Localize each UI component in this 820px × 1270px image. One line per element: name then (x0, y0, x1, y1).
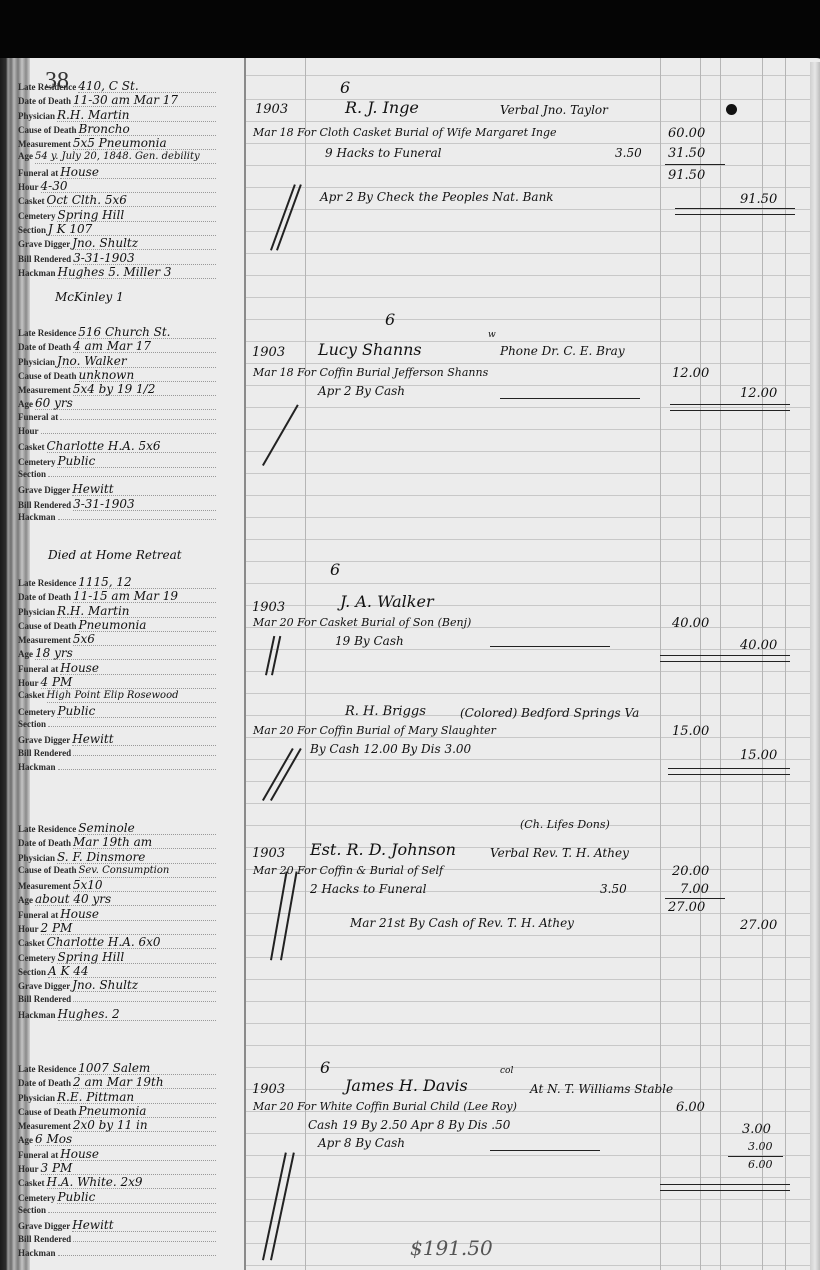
ledger-line: Mar 20 For Coffin & Burial of Self (253, 864, 443, 877)
field-funeral-at: Funeral atHouse (18, 1148, 216, 1162)
field-funeral-at: Funeral atHouse (18, 908, 216, 922)
field-casket: CasketOct Clth. 5x6 (18, 194, 216, 208)
ledger-superscript: w (488, 330, 496, 340)
field-bill-rendered: Bill Rendered (18, 994, 216, 1008)
entry-mark: 6 (340, 78, 350, 97)
field-bill-rendered: Bill Rendered (18, 1234, 216, 1248)
field-physician: PhysicianS. F. Dinsmore (18, 851, 216, 865)
ledger-account-note: Phone Dr. C. E. Bray (500, 344, 625, 358)
field-measurement: Measurement5x6 (18, 633, 216, 647)
field-hackman: Hackman (18, 762, 216, 776)
field-funeral-at: Funeral atHouse (18, 166, 216, 180)
field-section: SectionA K 44 (18, 965, 216, 979)
ledger-line: Cash 19 By 2.50 Apr 8 By Dis .50 (308, 1118, 510, 1132)
field-date-of-death: Date of Death11-30 am Mar 17 (18, 94, 216, 108)
field-hackman: Hackman (18, 1248, 216, 1262)
field-physician: PhysicianR.H. Martin (18, 605, 216, 619)
death-record-1: Late Residence410, C St. Date of Death11… (18, 80, 216, 280)
rate-amount: 3.50 (600, 882, 627, 896)
credit-cents-rule (762, 58, 763, 1270)
field-hackman: Hackman (18, 512, 216, 526)
ledger-account-note: (Colored) Bedford Springs Va (460, 706, 639, 720)
debit-amount: 12.00 (672, 366, 709, 381)
credit-amount: 15.00 (740, 748, 777, 763)
field-cause-of-death: Cause of DeathBroncho (18, 123, 216, 137)
debit-amount: 7.00 (680, 882, 709, 897)
field-hour: Hour4 PM (18, 676, 216, 690)
entry-mark: 6 (320, 1058, 330, 1077)
sum-rule (665, 898, 725, 899)
field-age: Age18 yrs (18, 647, 216, 661)
field-section: Section (18, 1205, 216, 1219)
ledger-line: 9 Hacks to Funeral (325, 146, 442, 160)
ledger-account-name: R. J. Inge (345, 98, 419, 117)
field-cemetery: CemeteryPublic (18, 705, 216, 719)
ledger-account-name: James H. Davis (345, 1076, 468, 1095)
field-date-of-death: Date of Death4 am Mar 17 (18, 340, 216, 354)
field-physician: PhysicianR.H. Martin (18, 109, 216, 123)
date-column-rule (305, 58, 306, 1270)
field-late-residence: Late Residence516 Church St. (18, 326, 216, 340)
field-cemetery: CemeteryPublic (18, 1191, 216, 1205)
rate-amount: 3.50 (615, 146, 642, 160)
debit-amount: 15.00 (672, 724, 709, 739)
ledger-above-note: (Ch. Lifes Dons) (520, 818, 610, 831)
ledger-year: 1903 (252, 846, 285, 861)
field-cause-of-death: Cause of DeathSev. Consumption (18, 865, 216, 879)
ledger-line: Mar 21st By Cash of Rev. T. H. Athey (350, 916, 574, 930)
field-grave-digger: Grave DiggerJno. Shultz (18, 237, 216, 251)
field-hour: Hour (18, 426, 216, 440)
field-date-of-death: Date of Death2 am Mar 19th (18, 1076, 216, 1090)
field-late-residence: Late Residence1007 Salem (18, 1062, 216, 1076)
closing-rule (675, 208, 795, 215)
field-section: Section (18, 719, 216, 733)
closing-rule (660, 1184, 790, 1191)
record-note: McKinley 1 (55, 290, 124, 304)
entry-mark: 6 (385, 310, 395, 329)
field-cause-of-death: Cause of Deathunknown (18, 369, 216, 383)
ledger-year: 1903 (255, 102, 288, 117)
field-bill-rendered: Bill Rendered3-31-1903 (18, 498, 216, 512)
ink-blot (726, 104, 737, 115)
sum-rule (728, 1156, 783, 1157)
sum-rule (665, 164, 725, 165)
field-hour: Hour4-30 (18, 180, 216, 194)
ledger-line: Mar 20 For White Coffin Burial Child (Le… (253, 1100, 517, 1113)
death-record-2: Late Residence516 Church St. Date of Dea… (18, 326, 216, 526)
credit-amount: 12.00 (740, 386, 777, 401)
field-bill-rendered: Bill Rendered3-31-1903 (18, 252, 216, 266)
field-late-residence: Late ResidenceSeminole (18, 822, 216, 836)
credit-column-rule (720, 58, 721, 1270)
field-late-residence: Late Residence1115, 12 (18, 576, 216, 590)
field-grave-digger: Grave DiggerHewitt (18, 1219, 216, 1233)
field-physician: PhysicianJno. Walker (18, 355, 216, 369)
ledger-account-note: Verbal Rev. T. H. Athey (490, 846, 629, 860)
field-cause-of-death: Cause of DeathPneumonia (18, 1105, 216, 1119)
ledger-line: Apr 8 By Cash (318, 1136, 405, 1150)
page-footer-total: $191.50 (410, 1236, 493, 1260)
ledger-line: Apr 2 By Cash (318, 384, 405, 398)
field-measurement: Measurement2x0 by 11 in (18, 1119, 216, 1133)
ledger-line: Mar 20 For Coffin Burial of Mary Slaught… (253, 724, 496, 737)
page-edge (810, 62, 820, 1270)
field-late-residence: Late Residence410, C St. (18, 80, 216, 94)
ruled-lines (246, 58, 810, 1270)
credit-amount: 3.00 (748, 1140, 773, 1153)
death-record-5: Late Residence1007 Salem Date of Death2 … (18, 1062, 216, 1262)
fill-rule (490, 646, 610, 647)
field-physician: PhysicianR.E. Pittman (18, 1091, 216, 1105)
field-measurement: Measurement5x5 Pneumonia (18, 137, 216, 151)
debit-amount: 31.50 (668, 146, 705, 161)
debit-total: 91.50 (668, 168, 705, 183)
field-hour: Hour2 PM (18, 922, 216, 936)
field-hackman: HackmanHughes. 2 (18, 1008, 216, 1022)
entry-mark: 6 (330, 560, 340, 579)
field-date-of-death: Date of Death11-15 am Mar 19 (18, 590, 216, 604)
ledger-line: Mar 20 For Casket Burial of Son (Benj) (253, 616, 471, 629)
ledger-line: 2 Hacks to Funeral (310, 882, 427, 896)
field-grave-digger: Grave DiggerHewitt (18, 483, 216, 497)
ledger-account-name: J. A. Walker (340, 592, 434, 611)
page-right-rule (785, 58, 786, 1270)
field-funeral-at: Funeral atHouse (18, 662, 216, 676)
field-section: Section (18, 469, 216, 483)
ledger-year: 1903 (252, 345, 285, 360)
ledger-line: Mar 18 For Coffin Burial Jefferson Shann… (253, 366, 488, 379)
ledger-line: Apr 2 By Check the Peoples Nat. Bank (320, 190, 554, 204)
field-casket: CasketCharlotte H.A. 6x0 (18, 936, 216, 950)
ledger-line: 19 By Cash (335, 634, 404, 648)
debit-amount: 60.00 (668, 126, 705, 141)
debit-amount: 6.00 (676, 1100, 705, 1115)
ledger-account-name: Est. R. D. Johnson (310, 840, 456, 859)
field-casket: CasketHigh Point Elip Rosewood (18, 690, 216, 704)
field-cause-of-death: Cause of DeathPneumonia (18, 619, 216, 633)
record-note: Died at Home Retreat (48, 548, 182, 562)
ledger-account-name: Lucy Shanns (318, 340, 422, 359)
field-funeral-at: Funeral at (18, 412, 216, 426)
closing-rule (668, 768, 790, 775)
field-casket: CasketH.A. White. 2x9 (18, 1176, 216, 1190)
credit-amount: 27.00 (740, 918, 777, 933)
field-section: SectionJ K 107 (18, 223, 216, 237)
debit-amount: 40.00 (672, 616, 709, 631)
ledger-year: 1903 (252, 1082, 285, 1097)
closing-rule (670, 404, 790, 411)
credit-amount: 40.00 (740, 638, 777, 653)
field-hackman: HackmanHughes 5. Miller 3 (18, 266, 216, 280)
death-record-3: Late Residence1115, 12 Date of Death11-1… (18, 576, 216, 776)
ledger-line: Mar 18 For Cloth Casket Burial of Wife M… (253, 126, 557, 139)
ledger-account-name: R. H. Briggs (345, 704, 426, 719)
field-casket: CasketCharlotte H.A. 5x6 (18, 440, 216, 454)
ledger-line: By Cash 12.00 By Dis 3.00 (310, 742, 471, 756)
credit-amount: 91.50 (740, 192, 777, 207)
field-bill-rendered: Bill Rendered (18, 748, 216, 762)
field-measurement: Measurement5x10 (18, 879, 216, 893)
field-age: Age6 Mos (18, 1133, 216, 1147)
field-cemetery: CemeterySpring Hill (18, 209, 216, 223)
credit-total: 6.00 (748, 1158, 773, 1171)
debit-total: 27.00 (668, 900, 705, 915)
debit-cents-rule (700, 58, 701, 1270)
field-hour: Hour3 PM (18, 1162, 216, 1176)
field-age: Age60 yrs (18, 397, 216, 411)
field-date-of-death: Date of DeathMar 19th am (18, 836, 216, 850)
death-record-4: Late ResidenceSeminole Date of DeathMar … (18, 822, 216, 1022)
field-measurement: Measurement5x4 by 19 1/2 (18, 383, 216, 397)
ledger-account-note: Verbal Jno. Taylor (500, 103, 608, 117)
credit-amount: 3.00 (742, 1122, 771, 1137)
ledger-account-note: At N. T. Williams Stable (530, 1082, 673, 1096)
ledger-superscript: col (500, 1066, 513, 1076)
closing-rule (660, 655, 790, 662)
fill-rule (490, 1150, 600, 1151)
field-cemetery: CemeteryPublic (18, 455, 216, 469)
debit-amount: 20.00 (672, 864, 709, 879)
ledger-year: 1903 (252, 600, 285, 615)
field-grave-digger: Grave DiggerHewitt (18, 733, 216, 747)
field-cemetery: CemeterySpring Hill (18, 951, 216, 965)
field-age: Age54 y. July 20, 1848. Gen. debility (18, 151, 216, 165)
field-age: Ageabout 40 yrs (18, 893, 216, 907)
field-grave-digger: Grave DiggerJno. Shultz (18, 979, 216, 993)
fill-rule (500, 398, 640, 399)
